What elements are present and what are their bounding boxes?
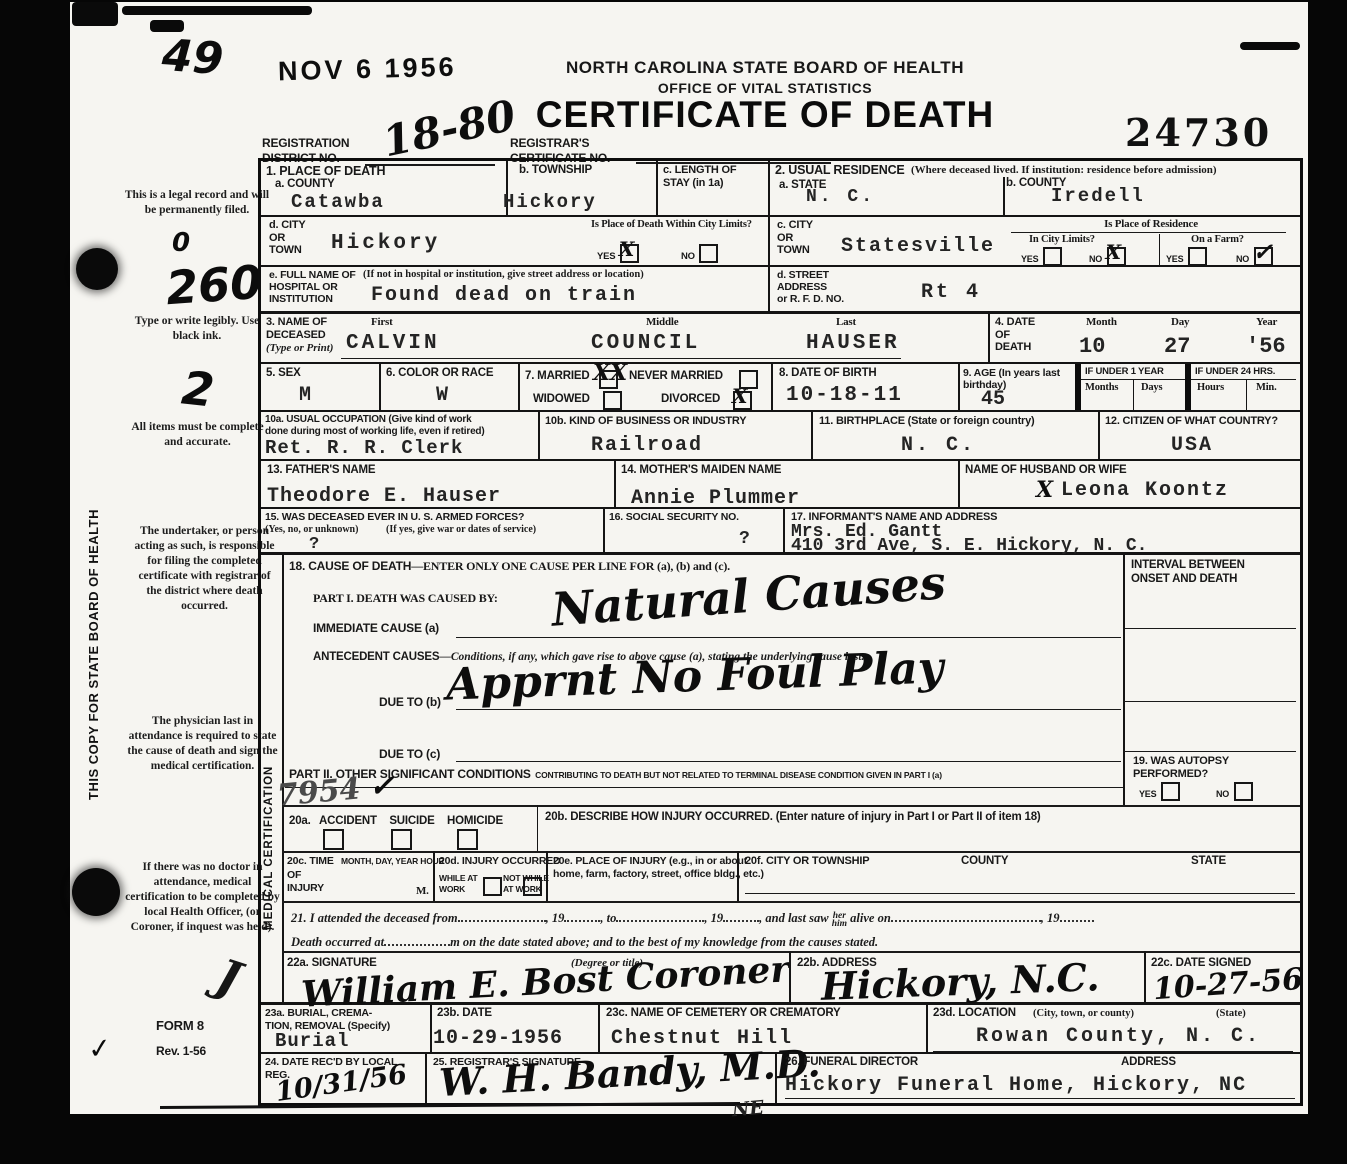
homicide-label: HOMICIDE	[447, 815, 503, 827]
time-of-injury-label: 20c. TIME OF INJURY	[287, 855, 334, 896]
form-revision-label: Rev. 1-56	[156, 1044, 206, 1058]
injury-city-label: 20f. CITY OR TOWNSHIP	[745, 855, 869, 867]
father-name-label: 13. FATHER'S NAME	[267, 464, 375, 476]
length-of-stay-label: c. LENGTH OF STAY (in 1a)	[663, 164, 736, 190]
funeral-director-value: Hickory Funeral Home, Hickory, NC	[785, 1074, 1247, 1097]
attended-statement-line1: 21. I attended the deceased from, 19, to…	[291, 909, 1094, 928]
funeral-address-header: ADDRESS	[1121, 1056, 1176, 1068]
burial-type-label: 23a. BURIAL, CREMA- TION, REMOVAL (Speci…	[265, 1007, 390, 1032]
residence-farm-no: NO ✓	[1236, 247, 1273, 267]
usual-residence-note: (Where deceased lived. If institution: r…	[911, 164, 1217, 176]
married-checkbox-wrap: XX	[599, 370, 618, 390]
age-value: 45	[981, 388, 1005, 411]
injury-line	[745, 893, 1295, 894]
under-24-hrs-header: IF UNDER 24 HRS.	[1195, 366, 1275, 377]
margin-scribble: J	[210, 948, 247, 1006]
married-label: 7. MARRIED	[525, 370, 589, 382]
divider	[518, 364, 520, 410]
city-of-death-value: Hickory	[331, 232, 440, 255]
divider	[958, 364, 960, 410]
widowed-checkbox-wrap	[603, 391, 622, 411]
medical-certification-vertical-label: MEDICAL CERTIFICATION	[263, 650, 275, 930]
margin-handwritten-2: 2	[179, 360, 216, 417]
autopsy-no-checkbox	[1234, 782, 1253, 801]
margin-note-physician: The physician last in attendance is requ…	[125, 714, 280, 774]
last-name-value: HAUSER	[806, 332, 900, 355]
certificate-number: 24730	[1125, 110, 1272, 155]
checkbox-mark: ✓	[1253, 237, 1273, 266]
residence-city-no-checkbox: X	[1107, 247, 1126, 266]
death-limits-no-checkbox	[699, 244, 718, 263]
due-b-line	[456, 709, 1121, 710]
antecedent-main: ANTECEDENT CAUSES	[313, 651, 439, 663]
sex-value: M	[299, 384, 311, 407]
hospital-value: Found dead on train	[371, 284, 637, 307]
margin-handwritten-260: 260	[164, 255, 264, 316]
widowed-checkbox	[603, 391, 622, 410]
no-label: NO	[1236, 254, 1249, 264]
burial-location-note: (City, town, or county)	[1033, 1008, 1134, 1019]
usual-residence-title: 2. USUAL RESIDENCE	[775, 163, 905, 177]
cause-title-main: 18. CAUSE OF DEATH	[289, 559, 411, 573]
yes-label: YES	[1021, 254, 1038, 264]
divider	[775, 1054, 777, 1103]
suicide-checkbox-wrap	[391, 829, 412, 851]
header-org: NORTH CAROLINA STATE BOARD OF HEALTH	[465, 58, 1065, 78]
funeral-underline	[785, 1098, 1295, 1099]
divider	[811, 412, 813, 459]
yes-label: YES	[1166, 254, 1183, 264]
type-or-print-note: (Type or Print)	[266, 342, 333, 354]
time-of-injury-subheader: MONTH, DAY, YEAR HOUR	[341, 856, 444, 866]
residence-question: Is Place of Residence	[1021, 218, 1281, 230]
checkbox-mark: XX	[593, 360, 627, 386]
under-1-year-header: IF UNDER 1 YEAR	[1085, 366, 1164, 377]
immediate-cause-line	[456, 637, 1121, 638]
death-occurred-at: Death occurred at	[291, 935, 384, 949]
row-forces-ssn-informant: 15. WAS DECEASED EVER IN U. S. ARMED FOR…	[261, 509, 1300, 555]
medical-certification-section: MEDICAL CERTIFICATION 18. CAUSE OF DEATH…	[261, 555, 1300, 1005]
industry-value: Railroad	[591, 434, 703, 457]
margin-note-complete: All items must be complete and accurate.	[125, 420, 270, 450]
burial-underline	[933, 1051, 1293, 1052]
yes-label: YES	[597, 251, 615, 262]
divider	[789, 951, 791, 1005]
street-address-value: Rt 4	[921, 281, 981, 304]
township-value: Hickory	[503, 191, 597, 213]
him-word: him	[832, 920, 847, 928]
burial-date-value: 10-29-1956	[433, 1027, 563, 1050]
due-to-b-label: DUE TO (b)	[379, 695, 441, 709]
margin-note-no-doctor: If there was no doctor in attendance, me…	[125, 860, 280, 935]
dod-year-value: '56	[1246, 334, 1286, 359]
mother-name-value: Annie Plummer	[631, 487, 800, 510]
checkbox-mark: X	[619, 237, 635, 261]
year-19: , 19	[546, 911, 565, 925]
received-date-stamp: NOV 6 1956	[278, 52, 457, 88]
row22-top	[282, 951, 1300, 953]
not-while-at-work-checkbox-wrap	[523, 877, 542, 897]
injury-county-header: COUNTY	[961, 855, 1008, 867]
name-of-deceased-label: 3. NAME OF DECEASED	[266, 316, 327, 341]
ssn-label: 16. SOCIAL SECURITY NO.	[609, 511, 739, 523]
no-label: NO	[1216, 789, 1229, 799]
injury-occurred-label: 20d. INJURY OCCURRED	[439, 855, 560, 867]
armed-forces-note1: (Yes, no, or unknown)	[265, 524, 358, 535]
armed-forces-note2: (If yes, give war or dates of service)	[386, 524, 536, 535]
residence-city-no: NO X	[1089, 247, 1126, 267]
citizen-value: USA	[1171, 434, 1213, 457]
autopsy-label: 19. WAS AUTOPSY PERFORMED?	[1133, 755, 1229, 781]
mother-name-label: 14. MOTHER'S MAIDEN NAME	[621, 464, 781, 476]
place-of-injury-label: 20e. PLACE OF INJURY (e.g., in or about …	[553, 855, 764, 881]
dod-day-header: Day	[1171, 316, 1189, 328]
suicide-checkbox	[391, 829, 412, 850]
divider	[1246, 379, 1247, 410]
footer-handwritten-mark: NE	[731, 1097, 765, 1122]
registration-district-value: 18-80	[378, 91, 520, 167]
spouse-strike-mark: X	[1036, 477, 1053, 503]
autopsy-yes: YES	[1139, 782, 1180, 802]
burial-type-value: Burial	[275, 1030, 349, 1052]
row-occupation: 10a. USUAL OCCUPATION (Give kind of work…	[261, 412, 1300, 461]
divider	[1098, 412, 1100, 459]
death-limits-yes-checkbox: X	[620, 244, 639, 263]
last-saw: , and last saw	[759, 911, 828, 925]
checkbox-mark: X	[1106, 240, 1122, 264]
ssn-value: ?	[739, 529, 750, 549]
no-label: NO	[681, 251, 695, 262]
dob-value: 10-18-11	[786, 384, 903, 407]
cemetery-label: 23c. NAME OF CEMETERY OR CREMATORY	[606, 1007, 841, 1019]
father-name-value: Theodore E. Hauser	[267, 485, 501, 508]
township-label: b. TOWNSHIP	[519, 164, 592, 176]
injury-state-header: STATE	[1191, 855, 1226, 867]
armed-forces-label: 15. WAS DECEASED EVER IN U. S. ARMED FOR…	[265, 511, 524, 523]
attended-statement-line2: Death occurred atm on the date stated ab…	[291, 933, 878, 950]
residence-city-yes-checkbox	[1043, 247, 1062, 266]
residence-farm-no-checkbox: ✓	[1254, 247, 1273, 266]
due-c-line	[456, 761, 1121, 762]
row-sex-race-marital: 5. SEX M 6. COLOR OR RACE W 7. MARRIED X…	[261, 364, 1300, 412]
street-address-label: d. STREET ADDRESS or R. F. D. NO.	[777, 269, 844, 305]
birthplace-value: N. C.	[901, 434, 976, 457]
date-of-death-label: 4. DATE OF DEATH	[995, 316, 1035, 354]
row-parents-spouse: 13. FATHER'S NAME Theodore E. Hauser 14.…	[261, 461, 1300, 509]
while-at-work-label: WHILE AT WORK	[439, 873, 478, 895]
suicide-label: SUICIDE	[389, 815, 434, 827]
homicide-checkbox-wrap	[457, 829, 478, 851]
burial-location-value: Rowan County, N. C.	[976, 1025, 1261, 1048]
box20a-number: 20a.	[289, 815, 311, 827]
county-of-death-value: Catawba	[291, 191, 385, 213]
interval-label: INTERVAL BETWEEN ONSET AND DEATH	[1131, 559, 1245, 587]
residence-city-yes: YES	[1021, 247, 1062, 267]
divider	[1144, 951, 1146, 1005]
divider	[433, 851, 435, 901]
armed-forces-value: ?	[309, 535, 319, 554]
divider	[1159, 234, 1160, 266]
divider	[737, 851, 739, 901]
divider	[783, 509, 785, 552]
birthplace-label: 11. BIRTHPLACE (State or foreign country…	[819, 415, 1035, 427]
punch-hole	[76, 248, 118, 290]
divider	[771, 364, 773, 410]
alive-on: alive on	[850, 911, 891, 925]
place-and-residence-section: 1. PLACE OF DEATH a. COUNTY Catawba b. T…	[261, 161, 1300, 314]
row-city-limits: d. CITY OR TOWN Hickory Is Place of Deat…	[261, 217, 1300, 267]
widowed-label: WIDOWED	[533, 393, 590, 405]
divorced-label: DIVORCED	[661, 393, 720, 405]
footer-scan-line	[160, 1102, 740, 1109]
residence-farm-yes-checkbox	[1188, 247, 1207, 266]
scanned-death-certificate: 49 This is a legal record and will be pe…	[0, 0, 1347, 1164]
residence-city-value: Statesville	[841, 235, 995, 258]
autopsy-top-line	[1123, 751, 1296, 752]
checkbox-mark: X	[732, 384, 748, 408]
divorced-checkbox-wrap: X	[733, 391, 752, 411]
industry-label: 10b. KIND OF BUSINESS OR INDUSTRY	[545, 415, 746, 427]
divider	[1133, 379, 1134, 410]
hours-header: Hours	[1197, 382, 1224, 393]
part2-code-value: 7954	[276, 771, 362, 813]
part2-note: CONTRIBUTING TO DEATH BUT NOT RELATED TO…	[535, 770, 942, 780]
scan-smudge	[1240, 42, 1300, 50]
never-married-label: NEVER MARRIED	[629, 370, 723, 382]
how-injury-occurred-label: 20b. DESCRIBE HOW INJURY OCCURRED. (Ente…	[545, 811, 1285, 823]
margin-vertical-copy-text: THIS COPY FOR STATE BOARD OF HEALTH	[86, 450, 101, 800]
her-him-stack: herhim	[832, 912, 847, 928]
signer-address-value: Hickory, N.C.	[820, 954, 1100, 1009]
married-checkbox: XX	[599, 370, 618, 389]
interval-divider	[1123, 555, 1125, 805]
no-label: NO	[1089, 254, 1102, 264]
county-of-death-label: a. COUNTY	[275, 178, 335, 190]
days-header: Days	[1141, 382, 1162, 393]
divider	[546, 851, 548, 901]
residence-underline	[1011, 232, 1286, 233]
homicide-checkbox	[457, 829, 478, 850]
first-name-header: First	[371, 316, 393, 328]
divider	[430, 1005, 432, 1052]
scan-smudge	[72, 2, 118, 26]
residence-in-city-label: In City Limits?	[1029, 234, 1095, 245]
residence-county-value: Iredell	[1051, 185, 1145, 207]
autopsy-no: NO	[1216, 782, 1253, 802]
divorced-checkbox: X	[733, 391, 752, 410]
divider	[926, 1005, 928, 1052]
attended-to: , to	[600, 911, 616, 925]
interval-line-1	[1123, 628, 1296, 629]
dob-label: 8. DATE OF BIRTH	[779, 367, 877, 379]
citizen-label: 12. CITIZEN OF WHAT COUNTRY?	[1105, 415, 1278, 427]
interval-line-2	[1123, 701, 1296, 702]
due-to-c-label: DUE TO (c)	[379, 747, 440, 761]
margin-note-legal: This is a legal record and will be perma…	[122, 188, 272, 218]
under24-line	[1191, 379, 1296, 380]
part2-line	[285, 787, 1123, 788]
divider	[614, 461, 616, 507]
attended-from: 21. I attended the deceased from	[291, 911, 458, 925]
margin-note-undertaker: The undertaker, or person acting as such…	[132, 524, 277, 614]
informant-address: 410 3rd Ave, S. E. Hickory, N. C.	[791, 536, 1147, 556]
occupation-label: 10a. USUAL OCCUPATION (Give kind of work…	[265, 414, 484, 438]
months-header: Months	[1085, 382, 1118, 393]
accident-checkbox-wrap	[323, 829, 344, 851]
while-at-work-checkbox	[483, 877, 502, 896]
punch-hole	[72, 868, 120, 916]
burial-state-note: (State)	[1216, 1008, 1246, 1019]
form-number-label: FORM 8	[156, 1018, 204, 1033]
occupation-value: Ret. R. R. Clerk	[265, 437, 463, 459]
divider	[379, 364, 381, 410]
row-county-township: 1. PLACE OF DEATH a. COUNTY Catawba b. T…	[261, 161, 1300, 217]
age-label: 9. AGE (In years last birthday)	[963, 367, 1060, 391]
row-name-dod: 3. NAME OF DECEASED (Type or Print) Firs…	[261, 314, 1300, 364]
year-19: , 19	[1041, 911, 1060, 925]
min-header: Min.	[1256, 382, 1277, 393]
divider	[1003, 177, 1005, 217]
death-limits-yes: YES X	[597, 244, 639, 264]
scan-smudge	[122, 6, 312, 15]
hospital-note: (If not in hospital or institution, give…	[363, 269, 763, 280]
race-value: W	[436, 384, 448, 407]
death-occurred-rest: m on the date stated above; and to the b…	[450, 935, 878, 949]
divider	[958, 461, 960, 507]
immediate-cause-label: IMMEDIATE CAUSE (a)	[313, 621, 439, 635]
divider	[656, 161, 658, 217]
sex-label: 5. SEX	[266, 367, 301, 379]
margin-note-legibly: Type or write legibly. Use black ink.	[132, 314, 262, 344]
row20ab-top	[282, 805, 1300, 807]
margin-checkmark: ✓	[86, 1031, 113, 1066]
row-hospital-street: e. FULL NAME OF HOSPITAL OR INSTITUTION …	[261, 267, 1300, 314]
last-name-header: Last	[836, 316, 856, 328]
divider	[1075, 364, 1081, 410]
part1-label: PART I. DEATH WAS CAUSED BY:	[313, 591, 498, 606]
margin-handwritten-49: 49	[160, 30, 225, 85]
divider	[988, 314, 990, 362]
certificate-form: 1. PLACE OF DEATH a. COUNTY Catawba b. T…	[258, 158, 1303, 1106]
divider	[538, 412, 540, 459]
death-limits-no: NO	[681, 244, 718, 264]
spouse-name-label: NAME OF HUSBAND OR WIFE	[965, 464, 1127, 476]
race-label: 6. COLOR OR RACE	[386, 367, 493, 379]
autopsy-yes-checkbox	[1161, 782, 1180, 801]
residence-farm-label: On a Farm?	[1191, 234, 1244, 245]
name-underline	[341, 358, 901, 359]
first-name-value: CALVIN	[346, 332, 440, 355]
accident-label: ACCIDENT	[319, 815, 377, 827]
dod-year-header: Year	[1256, 316, 1277, 328]
divider	[1185, 364, 1191, 410]
divider	[537, 805, 538, 851]
hospital-label: e. FULL NAME OF HOSPITAL OR INSTITUTION	[269, 269, 356, 305]
residence-state-value: N. C.	[806, 187, 875, 207]
manner-of-death: 20a. ACCIDENT SUICIDE HOMICIDE	[289, 811, 503, 829]
cause-title: 18. CAUSE OF DEATH—ENTER ONLY ONE CAUSE …	[289, 559, 730, 574]
residence-farm-yes: YES	[1166, 247, 1207, 267]
residence-city-label: c. CITY OR TOWN	[777, 219, 813, 257]
accident-checkbox	[323, 829, 344, 850]
while-at-work-checkbox-wrap	[483, 877, 502, 897]
burial-location-label: 23d. LOCATION	[933, 1007, 1016, 1019]
spouse-name-value: Leona Koontz	[1061, 479, 1229, 502]
row21-top	[282, 901, 1300, 903]
death-city-limits-question: Is Place of Death Within City Limits?	[591, 219, 761, 232]
divider	[603, 509, 605, 552]
signature-label: 22a. SIGNATURE	[287, 957, 377, 969]
margin-handwritten-0: 0	[172, 228, 190, 258]
dod-day-value: 27	[1164, 334, 1190, 359]
dod-month-header: Month	[1086, 316, 1117, 328]
burial-date-label: 23b. DATE	[437, 1007, 492, 1019]
cause-title-rest: —ENTER ONLY ONE CAUSE PER LINE FOR (a), …	[411, 559, 730, 573]
part2-checkmark: ✓	[369, 769, 394, 804]
divider	[598, 1005, 600, 1052]
yes-label: YES	[1139, 789, 1156, 799]
row-registrar-funeral: 24. DATE REC'D BY LOCAL REG. 10/31/56 25…	[261, 1054, 1300, 1103]
document-title: CERTIFICATE OF DEATH	[465, 94, 1065, 136]
funeral-director-label: 26. FUNERAL DIRECTOR	[785, 1056, 918, 1068]
place-of-death-title: 1. PLACE OF DEATH	[266, 164, 385, 178]
middle-name-value: COUNCIL	[591, 332, 700, 355]
paper-sheet: 49 This is a legal record and will be pe…	[70, 2, 1308, 1114]
divider	[425, 1054, 427, 1103]
middle-name-header: Middle	[646, 316, 678, 328]
time-m-label: M.	[416, 885, 429, 897]
dod-month-value: 10	[1079, 334, 1105, 359]
year-19: , 19	[704, 911, 723, 925]
not-while-at-work-checkbox	[523, 877, 542, 896]
city-of-death-label: d. CITY OR TOWN	[269, 219, 306, 257]
